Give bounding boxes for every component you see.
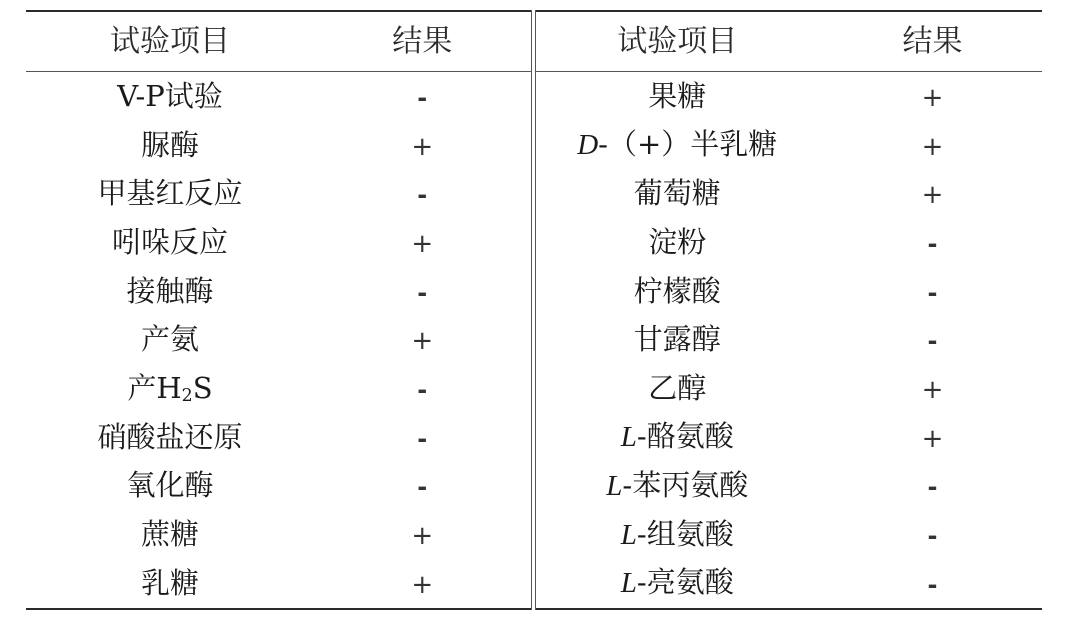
positive-result: + [922,424,944,454]
left-result: - [314,364,531,413]
test-item-label: 脲酶 [141,128,199,162]
test-item-label: -酪氨酸 [637,419,734,453]
left-result: + [314,315,531,364]
right-test-item: L-组氨酸 [531,510,823,559]
test-item-label: 蔗糖 [141,517,199,551]
test-item-label: 甲基红反应 [97,176,242,210]
right-result: - [823,267,1042,316]
right-test-item: L-酪氨酸 [531,413,823,462]
header-right-item: 试验项目 [531,11,823,72]
negative-result: - [928,327,938,355]
right-result: - [823,559,1042,609]
test-item-label: -亮氨酸 [637,565,734,599]
header-left-item: 试验项目 [26,11,314,72]
test-item-label: 甘露醇 [634,322,721,356]
table-row: 硝酸盐还原-L-酪氨酸+ [26,413,1042,462]
negative-result: - [417,181,427,209]
right-test-item: 乙醇 [531,364,823,413]
right-test-item: 柠檬酸 [531,267,823,316]
positive-result: + [922,375,944,405]
table-row: 接触酶-柠檬酸- [26,267,1042,316]
table-row: 氧化酶-L-苯丙氨酸- [26,462,1042,511]
left-test-item: 乳糖 [26,559,314,609]
table-row: 乳糖+L-亮氨酸- [26,559,1042,609]
negative-result: - [417,84,427,112]
biochemical-test-results-table: 试验项目 结果 试验项目 结果 V-P试验-果糖+脲酶+D-（+）半乳糖+甲基红… [26,10,1042,610]
negative-result: - [417,279,427,307]
left-test-item: 脲酶 [26,121,314,170]
negative-result: - [928,279,938,307]
positive-result: + [922,180,944,210]
positive-result: + [411,132,433,162]
right-test-item: 淀粉 [531,218,823,267]
results-table-container: 试验项目 结果 试验项目 结果 V-P试验-果糖+脲酶+D-（+）半乳糖+甲基红… [26,10,1042,610]
stereo-prefix: L [606,470,622,502]
left-test-item: 接触酶 [26,267,314,316]
left-test-item: 蔗糖 [26,510,314,559]
table-row: 吲哚反应+淀粉- [26,218,1042,267]
left-result: - [314,267,531,316]
left-result: - [314,169,531,218]
left-result: - [314,72,531,121]
test-item-label: 乙醇 [648,371,706,405]
left-test-item: 甲基红反应 [26,169,314,218]
test-item-label: 氧化酶 [126,468,213,502]
left-test-item: V-P试验 [26,72,314,121]
test-item-label: -苯丙氨酸 [622,468,748,502]
positive-result: + [411,521,433,551]
test-item-label: 产H [127,371,181,405]
header-left-result: 结果 [314,11,531,72]
table-body: V-P试验-果糖+脲酶+D-（+）半乳糖+甲基红反应-葡萄糖+吲哚反应+淀粉-接… [26,72,1042,609]
left-result: + [314,218,531,267]
test-item-label: 乳糖 [141,566,199,600]
negative-result: - [417,425,427,453]
left-test-item: 产氨 [26,315,314,364]
stereo-prefix: L [621,567,637,599]
test-item-label: 接触酶 [126,274,213,308]
left-test-item: 硝酸盐还原 [26,413,314,462]
header-right-result: 结果 [823,11,1042,72]
negative-result: - [417,473,427,501]
left-test-item: 氧化酶 [26,462,314,511]
test-item-label: 柠檬酸 [634,274,721,308]
negative-result: - [928,230,938,258]
table-row: 产H2S-乙醇+ [26,364,1042,413]
test-item-label: 吲哚反应 [112,225,228,259]
right-result: + [823,364,1042,413]
right-result: - [823,462,1042,511]
positive-result: + [922,83,944,113]
positive-result: + [411,570,433,600]
right-result: + [823,121,1042,170]
negative-result: - [417,376,427,404]
right-test-item: 甘露醇 [531,315,823,364]
test-item-label: -组氨酸 [637,517,734,551]
positive-result: + [922,132,944,162]
right-result: - [823,218,1042,267]
table-row: 脲酶+D-（+）半乳糖+ [26,121,1042,170]
test-item-label: 硝酸盐还原 [97,420,242,454]
left-result: - [314,462,531,511]
table-row: 蔗糖+L-组氨酸- [26,510,1042,559]
header-row: 试验项目 结果 试验项目 结果 [26,11,1042,72]
right-result: - [823,510,1042,559]
test-item-label: 果糖 [648,79,706,113]
table-row: 甲基红反应-葡萄糖+ [26,169,1042,218]
negative-result: - [928,571,938,599]
right-test-item: L-苯丙氨酸 [531,462,823,511]
test-item-suffix: S [193,371,213,405]
right-result: + [823,413,1042,462]
positive-result: + [411,326,433,356]
left-test-item: 产H2S [26,364,314,413]
test-item-label: -（+）半乳糖 [598,127,777,161]
table-row: 产氨+甘露醇- [26,315,1042,364]
stereo-prefix: L [621,519,637,551]
left-test-item: 吲哚反应 [26,218,314,267]
right-result: + [823,72,1042,121]
right-test-item: L-亮氨酸 [531,559,823,609]
stereo-prefix: L [621,421,637,453]
test-item-label: V-P试验 [117,79,223,113]
right-result: + [823,169,1042,218]
table-header: 试验项目 结果 试验项目 结果 [26,11,1042,72]
table-row: V-P试验-果糖+ [26,72,1042,121]
left-result: + [314,121,531,170]
subscript: 2 [182,386,193,406]
test-item-label: 葡萄糖 [634,176,721,210]
negative-result: - [928,473,938,501]
negative-result: - [928,522,938,550]
test-item-label: 产氨 [141,322,199,356]
right-test-item: 葡萄糖 [531,169,823,218]
stereo-prefix: D [577,129,598,161]
positive-result: + [411,229,433,259]
left-result: - [314,413,531,462]
left-result: + [314,559,531,609]
right-result: - [823,315,1042,364]
test-item-label: 淀粉 [648,225,706,259]
left-result: + [314,510,531,559]
right-test-item: 果糖 [531,72,823,121]
right-test-item: D-（+）半乳糖 [531,121,823,170]
